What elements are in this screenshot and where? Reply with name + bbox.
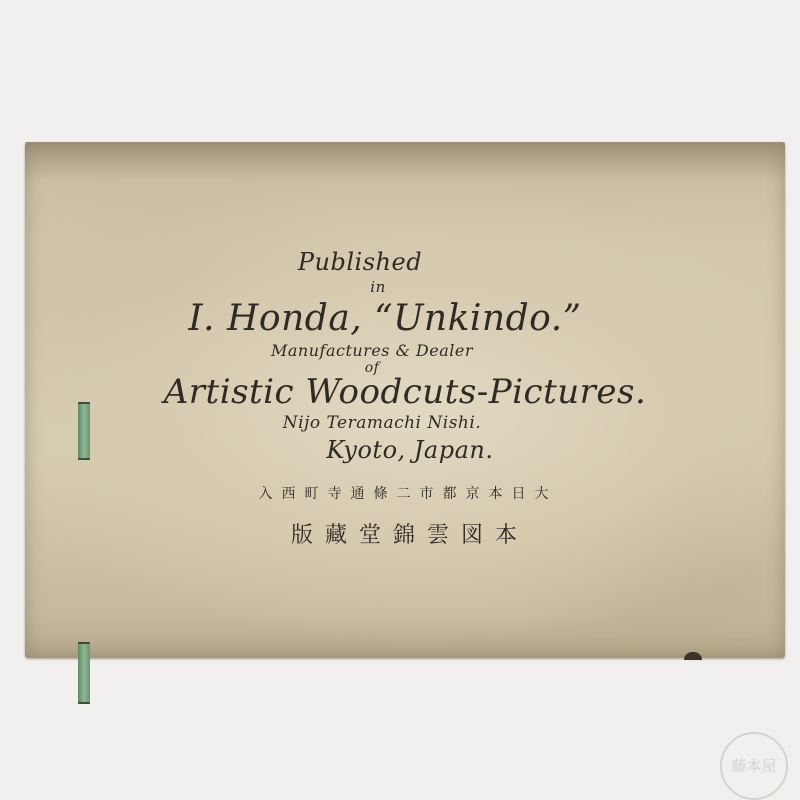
street-address: Nijo Teramachi Nishi.	[0, 413, 782, 433]
japanese-address: 入西町寺通條二市都京本日大	[8, 483, 800, 503]
seller-watermark-seal: 藤本屋	[720, 732, 788, 800]
cover-edge-notch	[684, 652, 702, 660]
product-description: Artistic Woodcuts-Pictures.	[5, 372, 800, 412]
publisher-name: I. Honda, “Unkindo.”	[0, 298, 785, 339]
japanese-publisher-imprint: 版藏堂錦雲図本	[10, 518, 800, 549]
cover-top-discoloration	[25, 142, 785, 180]
title-published: Published	[0, 248, 760, 276]
city-country: Kyoto, Japan.	[10, 436, 800, 464]
publisher-role: Manufactures & Dealer	[0, 341, 772, 360]
title-in: in	[0, 278, 778, 296]
binding-thread-lower	[78, 642, 90, 704]
